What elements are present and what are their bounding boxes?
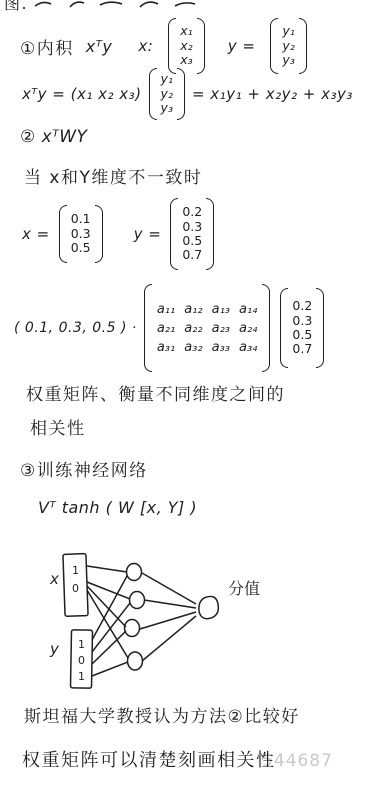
x-bit-0: 1 xyxy=(72,564,79,577)
weight-matrix-note-line1: 权重矩阵、衡量不同维度之间的 xyxy=(26,380,285,405)
y-val: 0.5 xyxy=(182,234,202,248)
y-vec-el: y₁ xyxy=(282,24,294,38)
matrix-cell: a₂₃ xyxy=(212,321,230,336)
matrix-cell: a₃₂ xyxy=(184,340,202,355)
x-symbol-vector: x₁ x₂ x₃ xyxy=(168,18,204,74)
y-val: 0.7 xyxy=(182,248,202,262)
matrix-multiplication: ( 0.1, 0.3, 0.5 ) · a₁₁ a₁₂ a₁₃ a₁₄ a₂₁ … xyxy=(14,284,327,372)
dimension-mismatch-note: 当 x和Y维度不一致时 xyxy=(24,163,202,188)
row-vector-text: ( 0.1, 0.3, 0.5 ) · xyxy=(14,320,137,336)
x-bit-1: 0 xyxy=(72,582,79,595)
y-column-vector: y₁ y₂ y₃ xyxy=(149,68,185,120)
matrix-cell: a₃₄ xyxy=(239,340,257,355)
nn-diagram: x y 1 0 1 0 1 分值 xyxy=(18,542,318,702)
expansion-rhs: = x₁y₁ + x₂y₂ + x₃y₃ xyxy=(192,85,353,103)
x-value-vector: 0.1 0.3 0.5 xyxy=(59,205,103,263)
x-vec-el: x₂ xyxy=(180,39,192,53)
x-input-label: x xyxy=(49,570,59,588)
section3-heading: ③训练神经网络 xyxy=(20,456,148,481)
x-definition-label: x: xyxy=(138,37,153,55)
x-equals-label: x = xyxy=(22,225,50,243)
y-definition-label: y = xyxy=(228,37,256,55)
col-val: 0.3 xyxy=(292,314,312,328)
weight-matrix: a₁₁ a₁₂ a₁₃ a₁₄ a₂₁ a₂₂ a₂₃ a₂₄ a₃₁ a₃₂ … xyxy=(144,284,271,372)
section1-heading: ①内积 xᵀy x: x₁ x₂ x₃ y = y₁ y₂ y₃ xyxy=(20,18,310,74)
xy-value-vectors: x = 0.1 0.3 0.5 y = 0.2 0.3 0.5 0.7 xyxy=(22,198,217,270)
y-vec-el: y₁ xyxy=(161,72,173,86)
y-vec-el: y₃ xyxy=(161,101,173,115)
matrix-cell: a₁₁ xyxy=(157,302,175,317)
matrix-cell: a₂₁ xyxy=(157,321,175,336)
matrix-cell: a₃₁ xyxy=(157,340,175,355)
matrix-cell: a₁₄ xyxy=(239,302,257,317)
x-val: 0.1 xyxy=(71,212,91,226)
section2-heading: ② xᵀWY xyxy=(20,127,87,147)
output-score-label: 分值 xyxy=(228,579,260,598)
y-input-label: y xyxy=(49,640,60,658)
matrix-cell: a₂₄ xyxy=(239,321,257,336)
expansion-lhs: xᵀy = (x₁ x₂ x₃) xyxy=(22,85,142,103)
y-mult-column: 0.2 0.3 0.5 0.7 xyxy=(280,288,324,368)
col-val: 0.2 xyxy=(292,299,312,313)
section1-expr: xᵀy xyxy=(86,37,113,56)
hidden-node-1 xyxy=(127,564,142,581)
y-equals-label: y = xyxy=(134,225,162,243)
bottom-remark-line1: 斯坦福大学教授认为方法②比较好 xyxy=(24,702,300,727)
handwritten-note-page: 图. ①内积 xᵀy x: x₁ x₂ x₃ y = y₁ y₂ y₃ xyxy=(0,0,368,787)
top-cutoff-text: 图. xyxy=(4,0,28,14)
x-val: 0.5 xyxy=(71,241,91,255)
matrix-cell: a₃₃ xyxy=(212,340,230,355)
output-node xyxy=(199,596,219,618)
hidden-node-2 xyxy=(130,592,145,609)
y-vec-el: y₂ xyxy=(161,87,173,101)
section1-bullet-label: ①内积 xyxy=(20,34,74,59)
illegible-strokes xyxy=(30,0,210,10)
x-val: 0.3 xyxy=(71,227,91,241)
inner-product-expansion: xᵀy = (x₁ x₂ x₃) y₁ y₂ y₃ = x₁y₁ + x₂y₂ … xyxy=(22,68,353,120)
col-val: 0.5 xyxy=(292,328,312,342)
bottom-remark-line2: 权重矩阵可以清楚刻画相关性 xyxy=(22,746,276,772)
y-bit-0: 1 xyxy=(78,638,85,651)
y-value-vector: 0.2 0.3 0.5 0.7 xyxy=(170,198,214,270)
col-val: 0.7 xyxy=(292,342,312,356)
y-val: 0.3 xyxy=(182,220,202,234)
matrix-cell: a₁₂ xyxy=(184,302,202,317)
matrix-cell: a₂₂ xyxy=(184,321,202,336)
y-vec-el: y₃ xyxy=(282,53,294,67)
y-val: 0.2 xyxy=(182,205,202,219)
y-vec-el: y₂ xyxy=(282,39,294,53)
x-vec-el: x₁ xyxy=(180,24,192,38)
y-symbol-vector: y₁ y₂ y₃ xyxy=(270,18,306,74)
hidden-node-4 xyxy=(128,652,143,670)
matrix-cell: a₁₃ xyxy=(212,302,230,317)
x-vec-el: x₃ xyxy=(180,53,192,67)
weight-matrix-note-line2: 相关性 xyxy=(30,414,86,439)
y-bit-1: 0 xyxy=(78,654,85,667)
nn-formula: Vᵀ tanh ( W [x, Y] ) xyxy=(38,498,197,517)
y-bit-2: 1 xyxy=(78,670,85,683)
hidden-node-3 xyxy=(125,620,140,637)
